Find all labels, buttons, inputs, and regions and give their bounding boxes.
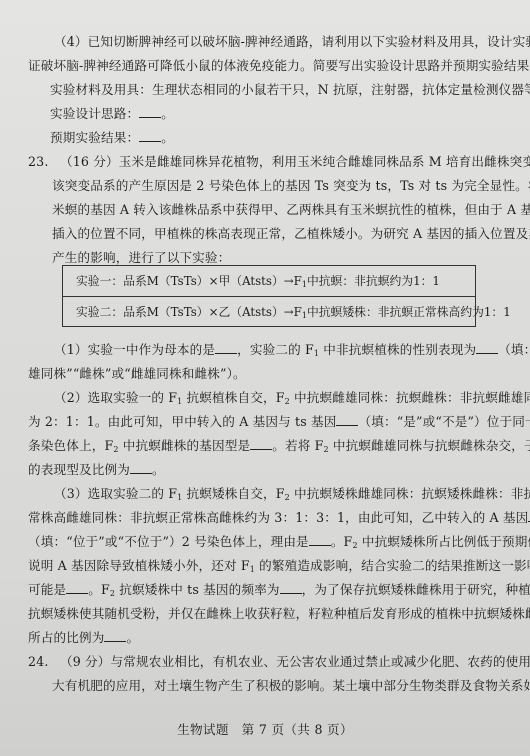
page-footer: 生物试题 第 7 页（共 8 页） [0,719,530,738]
q23-part3-line-1: （3）选取实验二的 F1 抗螟矮株自交，F2 中抗螟矮株雌雄同株：抗螟矮株雌株：… [54,486,530,506]
q24-line-1: 24.（9 分）与常规农业相比，有机农业、无公害农业通过禁止或减少化肥、农药的使… [28,654,530,670]
answer-blank[interactable] [139,130,161,142]
q23-part1-line-1: （1）实验一中作为母本的是，实验二的 F1 中非抗螟植株的性别表现为（填：“雌 [54,342,530,362]
q23-intro-line-5: 产生的影响，进行了以下实验： [52,250,230,266]
answer-blank[interactable] [280,582,302,594]
answer-blank[interactable] [309,534,331,546]
q23-intro-line-3: 米螟的基因 A 转入该雌株品系中获得甲、乙两株具有玉米螟抗性的植株，但由于 A … [52,202,530,218]
q22-design-line: 实验设计思路：。 [50,106,174,122]
q22-part4-line-1: （4）已知切断脾神经可以破坏脑-脾神经通路，请利用以下实验材料及用具，设计实验验 [54,34,530,50]
experiment-row-1: 实验一：品系M（TsTs）×甲（Atsts）→F1中抗螟：非抗螟约为1：1 [63,266,475,296]
q23-part2-line-4: 的表现型及比例为。 [28,462,165,478]
design-label: 实验设计思路： [50,106,139,121]
q22-result-line: 预期实验结果：。 [50,130,174,146]
question-number: 23. [28,154,60,170]
exam-page: （4）已知切断脾神经可以破坏脑-脾神经通路，请利用以下实验材料及用具，设计实验验… [0,0,530,756]
q23-part1-line-2: 雄同株”“雌株”或“雌雄同株和雌株”）。 [28,366,246,382]
result-label: 预期实验结果： [50,130,139,145]
experiment-row-2: 实验二：品系M（TsTs）×乙（Atsts）→F1中抗螟矮株：非抗螟正常株高约为… [63,296,475,327]
answer-blank[interactable] [130,462,152,474]
answer-blank[interactable] [66,582,88,594]
answer-blank[interactable] [104,630,126,642]
answer-blank[interactable] [336,414,358,426]
q23-part3-line-2: 常株高雌雄同株：非抗螟正常株高雌株约为 3：1：3：1，由此可知，乙中转入的 A… [28,510,530,526]
q23-intro-line-2: 该突变品系的产生原因是 2 号染色体上的基因 Ts 突变为 ts，Ts 对 ts… [52,178,530,194]
q22-materials: 实验材料及用具：生理状态相同的小鼠若干只，N 抗原，注射器，抗体定量检测仪器等。 [50,82,530,98]
q23-intro-line-1: 23.（16 分）玉米是雌雄同株异花植物，利用玉米纯合雌雄同株品系 M 培育出雌… [28,154,530,170]
footer-page-number: 第 7 页（共 8 页） [242,722,353,737]
experiment-table: 实验一：品系M（TsTs）×甲（Atsts）→F1中抗螟：非抗螟约为1：1 实验… [62,265,476,327]
answer-blank[interactable] [139,106,161,118]
answer-blank[interactable] [215,342,237,354]
q23-part2-line-1: （2）选取实验一的 F1 抗螟植株自交，F2 中抗螟雌雄同株：抗螟雌株：非抗螟雌… [54,390,530,410]
answer-blank[interactable] [476,342,498,354]
footer-subject: 生物试题 [177,722,229,737]
q24-line-2: 大有机肥的应用，对土壤生物产生了积极的影响。某土壤中部分生物类群及食物关系如图 [52,678,530,694]
question-number: 24. [28,654,60,670]
q23-part3-line-3: （填：“位于”或“不位于”）2 号染色体上，理由是。F2 中抗螟矮株所占比例低于… [28,534,530,554]
q23-part2-line-2: 为 2：1：1。由此可知，甲中转入的 A 基因与 ts 基因（填：“是”或“不是… [28,414,530,430]
q23-part3-line-7: 所占的比例为。 [28,630,139,646]
q23-intro-line-4: 插入的位置不同，甲植株的株高表现正常，乙植株矮小。为研究 A 基因的插入位置及其 [52,226,530,242]
q23-part3-line-6: 抗螟矮株使其随机受粉，并仅在雌株上收获籽粒，籽粒种植后发育形成的植株中抗螟矮株雌… [28,606,530,622]
q22-part4-line-2: 证破坏脑-脾神经通路可降低小鼠的体液免疫能力。简要写出实验设计思路并预期实验结果… [28,58,530,74]
q23-part2-line-3: 条染色体上，F2 中抗螟雌株的基因型是。若将 F2 中抗螟雌雄同株与抗螟雌株杂交… [28,438,530,458]
q23-part3-line-5: 可能是。F2 抗螟矮株中 ts 基因的频率为，为了保存抗螟矮株雌株用于研究，种植… [28,582,530,602]
answer-blank[interactable] [250,438,272,450]
q23-part3-line-4: 说明 A 基因除导致植株矮小外，还对 F1 的繁殖造成影响，结合实验二的结果推断… [28,558,530,578]
